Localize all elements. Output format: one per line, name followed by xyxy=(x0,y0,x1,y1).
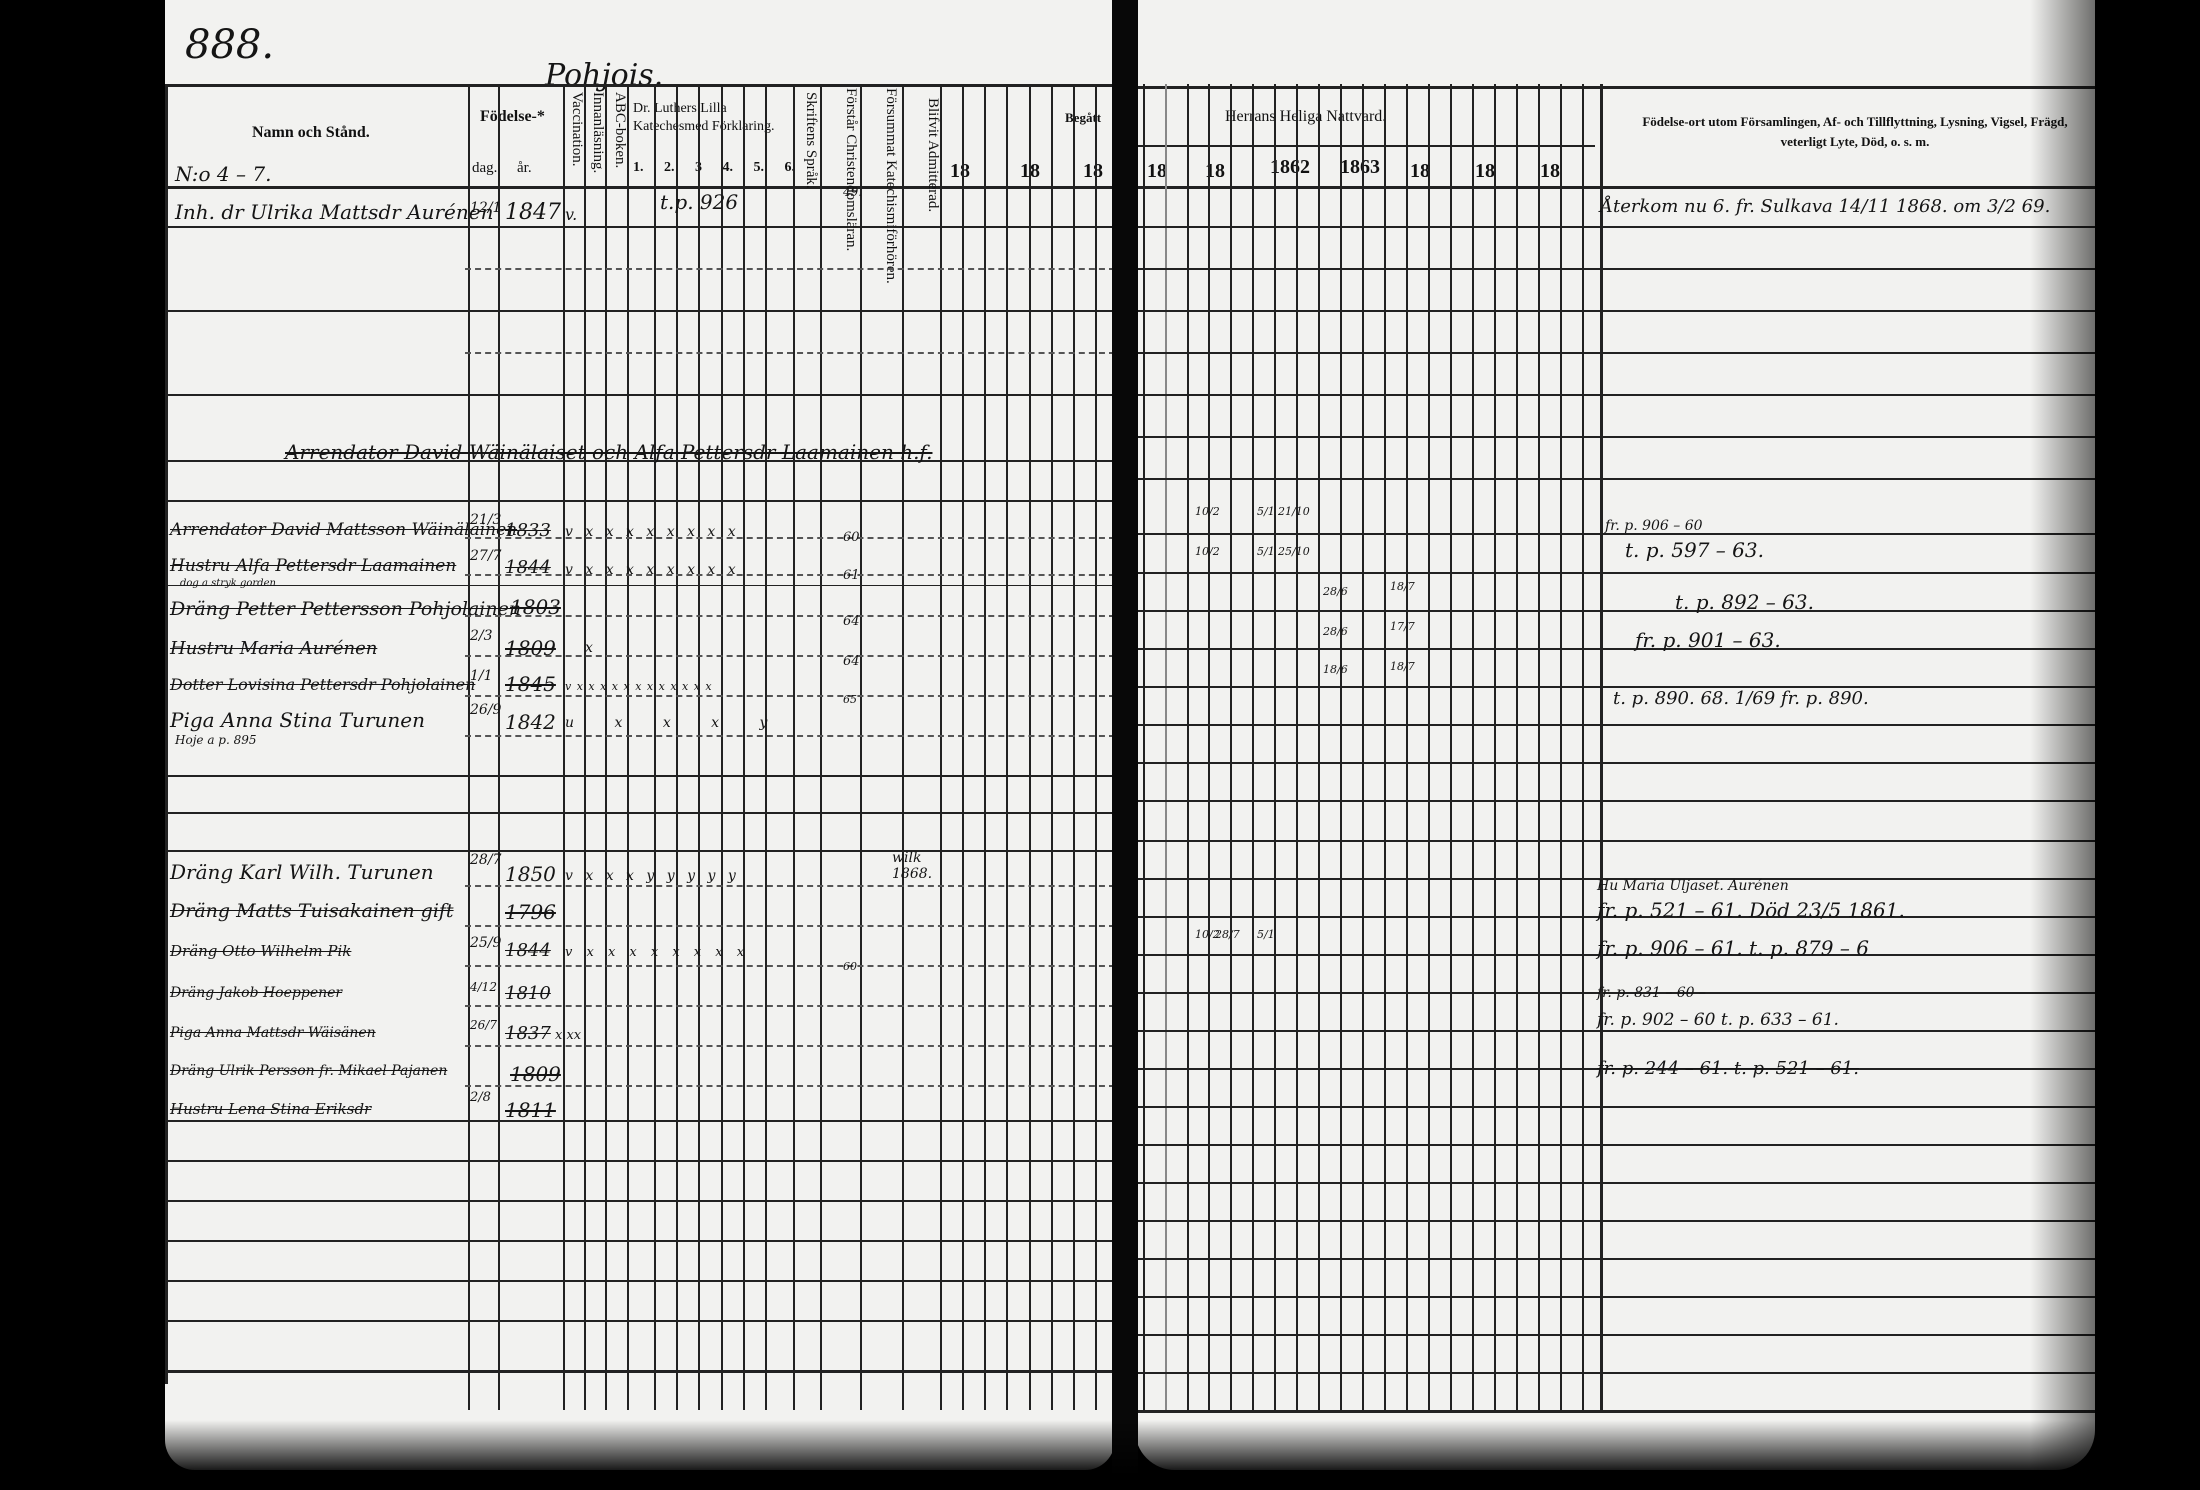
row-rule xyxy=(165,1320,1115,1322)
row-year: 1842 xyxy=(505,710,556,734)
row-day: 26/9 xyxy=(470,702,501,718)
row-rule xyxy=(1135,268,2095,270)
row-note: 64 xyxy=(843,654,860,669)
row-rule xyxy=(165,1160,1115,1162)
section-heading: Arrendator David Wäinälaiset och Alfa Pe… xyxy=(285,440,932,464)
grid-line xyxy=(1274,84,1276,1410)
grid-line xyxy=(698,84,700,1410)
remark-entry: fr. p. 244 – 61. t. p. 521 – 61. xyxy=(1597,1058,1859,1079)
row-marks: v. xyxy=(565,205,577,224)
catechism-part-5: 5. xyxy=(754,160,765,176)
row-year: 1844 xyxy=(505,557,551,578)
row-rule xyxy=(1135,1106,2095,1108)
communion-entry: 25/10 xyxy=(1278,545,1310,558)
grid-line xyxy=(605,84,607,1410)
communion-year-6: 18 xyxy=(1475,160,1495,183)
year-col-3: 18 xyxy=(1083,160,1103,183)
row-catechism: t.p. 926 xyxy=(660,190,738,214)
row-rule xyxy=(1135,762,2095,764)
row-name: Piga Anna Mattsdr Wäisänen xyxy=(170,1025,376,1041)
row-year: 1810 xyxy=(505,983,551,1004)
row-rule xyxy=(165,1120,1115,1122)
row-note: 61 xyxy=(843,568,860,583)
grid-line xyxy=(1187,84,1189,1410)
bottom-rule xyxy=(165,1370,1115,1373)
row-rule xyxy=(165,775,1115,777)
header-bottom-rule xyxy=(165,186,1115,189)
book-spine xyxy=(1112,0,1138,1490)
grid-line xyxy=(984,84,986,1410)
communion-entry: 28/6 xyxy=(1323,585,1348,598)
grid-line xyxy=(1582,84,1584,1410)
communion-year-1: 18 xyxy=(1147,160,1167,183)
row-day: 1/1 xyxy=(470,668,493,684)
row-rule xyxy=(1135,1258,2095,1260)
communion-entry: 28/6 xyxy=(1323,625,1348,638)
row-name: Hustru Alfa Pettersdr Laamainen xyxy=(170,556,456,576)
row-rule xyxy=(1135,352,2095,354)
header-bottom-rule xyxy=(1135,186,2095,189)
row-name: Hustru Lena Stina Eriksdr xyxy=(170,1100,371,1118)
row-rule xyxy=(1135,1296,2095,1298)
grid-line xyxy=(676,84,678,1410)
year-col-1: 18 xyxy=(950,160,970,183)
header-remarks: Födelse-ort utom Församlingen, Af- och T… xyxy=(1620,112,2090,152)
row-day: 2/3 xyxy=(470,628,493,644)
communion-entry: 28/7 xyxy=(1215,928,1240,941)
grid-line xyxy=(721,84,723,1410)
catechism-part-2: 2. xyxy=(664,160,675,176)
row-day: 21/3 xyxy=(470,512,501,528)
row-year: 1845 xyxy=(505,672,556,696)
communion-entry: 18/6 xyxy=(1323,663,1348,676)
grid-line xyxy=(1073,84,1075,1410)
header-birth-year: år. xyxy=(517,160,532,177)
communion-entry: 17/7 xyxy=(1390,620,1415,633)
row-rule xyxy=(1135,800,2095,802)
grid-line xyxy=(1252,84,1254,1410)
catechism-parts: 1. 2. 3 4. 5. 6. xyxy=(633,160,795,176)
row-rule xyxy=(165,585,1115,586)
row-subnote: dog a stryk gorden xyxy=(180,578,276,589)
row-rule xyxy=(1135,648,2095,650)
row-rule xyxy=(1135,572,2095,574)
row-dash xyxy=(465,268,1115,270)
row-day: 26/7 xyxy=(470,1018,497,1032)
row-dash xyxy=(465,695,1115,697)
catechism-part-4: 4. xyxy=(723,160,734,176)
grid-line xyxy=(793,84,795,1410)
right-page: Herrans Heliga Nattvard. 18 18 1862 1863… xyxy=(1135,0,2095,1470)
communion-entry: 18/7 xyxy=(1390,660,1415,673)
remark-entry: t. p. 892 – 63. xyxy=(1675,590,1814,614)
row-year: 1809 xyxy=(510,1062,561,1086)
row-name: Dräng Petter Pettersson Pohjolainen xyxy=(170,598,521,620)
grid-line xyxy=(1318,84,1320,1410)
row-day: 12/1 xyxy=(470,200,501,216)
grid-line xyxy=(1296,84,1298,1410)
row-note: 60 xyxy=(843,960,857,973)
row-day: 27/7 xyxy=(470,548,501,564)
row-rule xyxy=(1135,394,2095,396)
row-marks: u x x x y xyxy=(565,715,785,731)
row-name: Dräng Karl Wilh. Turunen xyxy=(170,860,434,884)
row-day: 28/7 xyxy=(470,852,501,868)
row-dash xyxy=(465,885,1115,887)
row-dash xyxy=(465,1005,1115,1007)
remark-entry: fr. p. 901 – 63. xyxy=(1635,628,1781,652)
grid-line xyxy=(468,84,470,1410)
row-name: Dotter Lovisina Pettersdr Pohjolainen xyxy=(170,675,475,694)
row-year: 1809 xyxy=(505,636,556,660)
header-abc: ABC-boken. xyxy=(611,92,628,168)
grid-line xyxy=(1384,84,1386,1410)
grid-line xyxy=(820,84,822,1410)
row-note: 64 xyxy=(843,614,860,629)
communion-entry: 18/7 xyxy=(1390,580,1415,593)
communion-year-5: 18 xyxy=(1410,160,1430,183)
header-scripture: Skriftens Språk. xyxy=(802,92,819,189)
row-name: Dräng Jakob Hoeppener xyxy=(170,985,342,1001)
row-dash xyxy=(465,1085,1115,1087)
header-reading: Innanläsning. xyxy=(589,92,606,173)
grid-line xyxy=(940,84,942,1410)
grid-line xyxy=(584,84,586,1410)
row-subnote: Hoje a p. 895 xyxy=(175,733,257,747)
scan-vignette-bottom xyxy=(0,1420,2200,1490)
row-dash xyxy=(465,925,1115,927)
grid-line xyxy=(1538,84,1540,1410)
row-marks: x xx xyxy=(555,1028,581,1043)
grid-line xyxy=(1165,84,1167,1410)
remark-entry: t. p. 597 – 63. xyxy=(1625,538,1764,562)
row-note: 49. xyxy=(843,185,862,199)
remark-entry: fr. p. 906 – 61. t. p. 879 – 6 xyxy=(1597,936,1869,960)
communion-entry: 21/10 xyxy=(1278,505,1310,518)
grid-line xyxy=(962,84,964,1410)
header-missed: Försummat Katechismiförhören. xyxy=(865,88,899,284)
grid-line xyxy=(765,84,767,1410)
header-birth-day: dag. xyxy=(472,160,497,177)
row-rule xyxy=(1135,610,2095,612)
row-dash xyxy=(465,1045,1115,1047)
header-top-rule xyxy=(165,84,1115,87)
grid-line xyxy=(1472,84,1474,1410)
grid-line xyxy=(1600,84,1603,1410)
communion-entry: 10/2 xyxy=(1195,505,1220,518)
remark-entry: Återkom nu 6. fr. Sulkava 14/11 1868. om… xyxy=(1600,196,2050,217)
catechism-part-1: 1. xyxy=(633,160,644,176)
row-rule xyxy=(1135,1030,2095,1032)
row-dash xyxy=(465,352,1115,354)
header-name: Namn och Stånd. xyxy=(252,124,370,142)
grid-line xyxy=(1051,84,1053,1410)
grid-line xyxy=(654,84,656,1410)
grid-line xyxy=(1208,84,1210,1410)
row-name: Hustru Maria Aurénen xyxy=(170,638,377,659)
grid-line xyxy=(1450,84,1452,1410)
grid-line xyxy=(1029,84,1031,1410)
row-marks: v x x x x x x x x x x x x xyxy=(565,680,713,693)
row-rule xyxy=(1135,724,2095,726)
row-rule xyxy=(1135,310,2095,312)
grid-line xyxy=(498,84,500,1410)
row-marks: v x x x x x x x x xyxy=(565,524,740,540)
row-year: 1811 xyxy=(505,1098,556,1122)
grid-line xyxy=(1362,84,1364,1410)
remark-entry: fr. p. 831 – 60 – xyxy=(1597,985,1706,1001)
grid-line xyxy=(1143,84,1145,1410)
communion-entry: 10/2 xyxy=(1195,545,1220,558)
row-name: Arrendator David Mattsson Wäinälainen xyxy=(170,520,517,540)
row-year: 1796 xyxy=(505,900,556,924)
communion-year-3: 1862 xyxy=(1270,156,1310,179)
row-day: 4/12 xyxy=(470,980,497,994)
communion-entry: 5/1 xyxy=(1257,928,1275,941)
row-name: Dräng Otto Wilhelm Pik xyxy=(170,942,351,960)
header-mid-rule xyxy=(1135,145,1595,147)
grid-line xyxy=(1095,84,1097,1410)
row-year: 1803 xyxy=(510,595,561,619)
row-dash xyxy=(465,537,1115,539)
header-birth: Födelse-* xyxy=(480,108,545,126)
household-number: N:o 4 – 7. xyxy=(175,162,271,186)
header-vaccination: Vaccination. xyxy=(568,92,585,167)
row-name: Dräng Ulrik Persson fr. Mikael Pajanen xyxy=(170,1063,447,1079)
remark-entry: fr. p. 902 – 60 t. p. 633 – 61. xyxy=(1597,1010,1839,1030)
left-margin-rule xyxy=(165,84,168,1384)
header-top-rule xyxy=(1135,86,2095,89)
row-rule xyxy=(1135,226,2095,228)
left-page: 888. Pohjois. Namn och Stånd. N:o 4 – 7.… xyxy=(165,0,1115,1470)
row-year: 1850 xyxy=(505,862,556,886)
row-rule xyxy=(1135,840,2095,842)
grid-line xyxy=(1340,84,1342,1410)
grid-line xyxy=(1560,84,1562,1410)
row-rule xyxy=(1135,1182,2095,1184)
grid-line xyxy=(1428,84,1430,1410)
row-year: 1833 xyxy=(505,520,551,541)
row-note: 60 xyxy=(843,530,860,545)
grid-line xyxy=(1494,84,1496,1410)
row-marks: x xyxy=(585,640,593,656)
remark-entry: fr. p. 906 – 60 xyxy=(1605,518,1703,534)
row-dash xyxy=(465,615,1115,617)
row-rule xyxy=(1135,436,2095,438)
bottom-rule xyxy=(1135,1410,2095,1413)
grid-line xyxy=(1406,84,1408,1410)
grid-line xyxy=(1230,84,1232,1410)
grid-line xyxy=(1516,84,1518,1410)
row-dash xyxy=(465,735,1115,737)
row-rule xyxy=(1135,1144,2095,1146)
header-catechism: Dr. Luthers Lilla Katechesmed Förklaring… xyxy=(633,100,793,136)
page-number: 888. xyxy=(185,22,274,68)
row-rule xyxy=(1135,1372,2095,1374)
grid-line xyxy=(627,84,629,1410)
row-rule xyxy=(165,1240,1115,1242)
row-rule xyxy=(165,850,1115,852)
communion-year-7: 18 xyxy=(1540,160,1560,183)
grid-line xyxy=(902,84,904,1410)
grid-line xyxy=(563,84,565,1410)
remark-entry: t. p. 890. 68. 1/69 fr. p. 890. xyxy=(1613,688,1869,709)
row-dash xyxy=(465,655,1115,657)
row-rule xyxy=(165,1280,1115,1282)
row-rule xyxy=(165,310,1115,312)
row-rule xyxy=(1135,1220,2095,1222)
row-rule xyxy=(165,394,1115,396)
row-rule xyxy=(165,1200,1115,1202)
row-rule xyxy=(165,812,1115,814)
row-rule xyxy=(1135,478,2095,480)
grid-line xyxy=(743,84,745,1410)
row-rule xyxy=(165,500,1115,502)
header-admitted: Blifvit Admitterad. xyxy=(907,98,941,212)
scan-vignette-right xyxy=(2030,0,2200,1490)
row-name: Inh. dr Ulrika Mattsdr Aurénen xyxy=(175,200,494,224)
row-admitted: wilk 1868. xyxy=(892,850,932,882)
row-day: 25/9 xyxy=(470,935,501,951)
row-year: 1837 xyxy=(505,1023,551,1044)
remark-entry: Hu Maria Uljaset. Aurénen xyxy=(1597,878,1789,894)
row-dash xyxy=(465,965,1115,967)
communion-year-4: 1863 xyxy=(1340,156,1380,179)
grid-line xyxy=(1006,84,1008,1410)
row-dash xyxy=(465,574,1115,576)
remark-entry: fr. p. 521 – 61. Död 23/5 1861. xyxy=(1597,898,1905,922)
communion-entry: 5/1 xyxy=(1257,545,1275,558)
row-year: 1844 xyxy=(505,940,551,961)
row-note: 65 xyxy=(843,693,857,706)
row-rule xyxy=(1135,1334,2095,1336)
row-name: Piga Anna Stina Turunen xyxy=(170,708,425,732)
row-marks: v x x x y y y y y xyxy=(565,868,740,884)
communion-entry: 5/1 xyxy=(1257,505,1275,518)
row-year: 1847 xyxy=(505,200,561,225)
row-rule xyxy=(165,226,1115,228)
grid-line xyxy=(860,84,862,1410)
row-marks: v x x x x x x x x xyxy=(565,562,740,578)
row-name: Dräng Matts Tuisakainen gift xyxy=(170,900,454,922)
row-day: 2/8 xyxy=(470,1090,491,1105)
row-marks: v x x x x x x x x xyxy=(565,945,749,960)
